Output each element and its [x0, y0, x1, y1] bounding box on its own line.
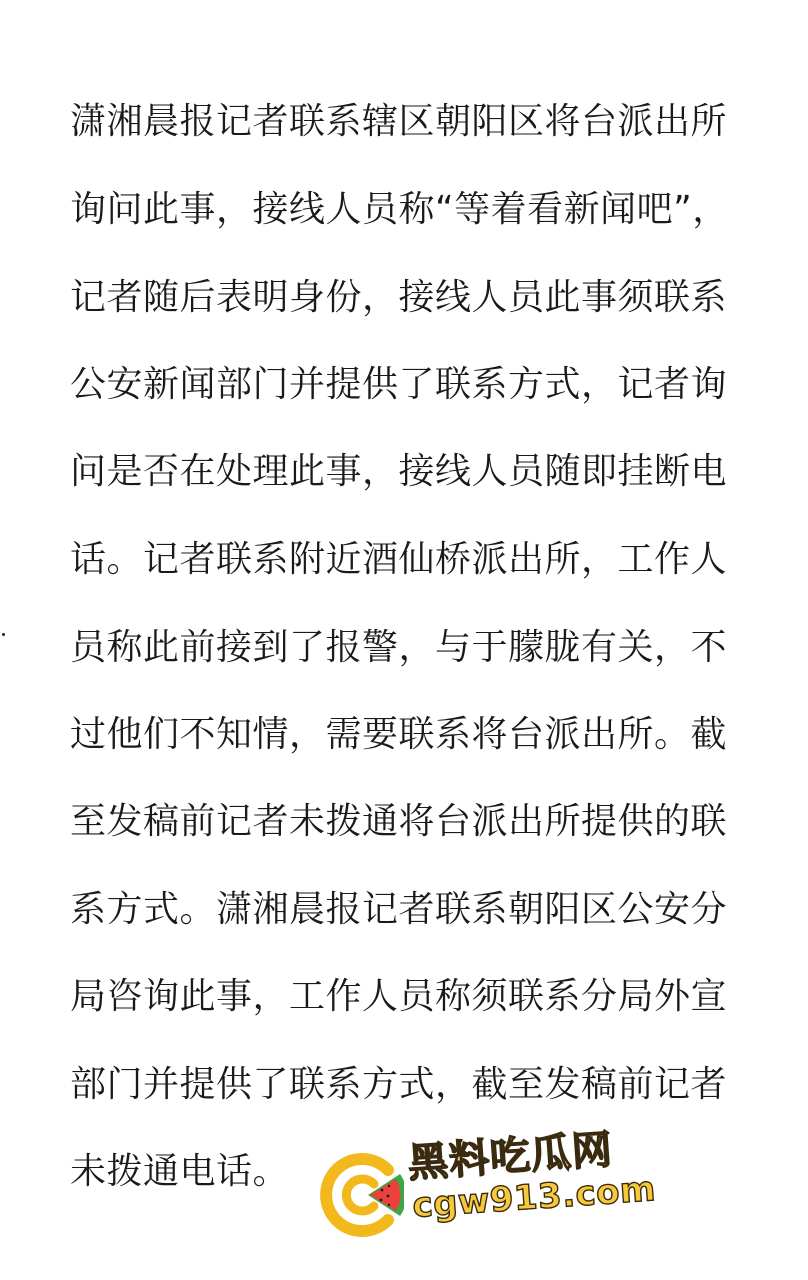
article-line: 过他们不知情，需要联系将台派出所。截	[70, 691, 727, 779]
article-line: 潇湘晨报记者联系辖区朝阳区将台派出所	[70, 78, 727, 166]
article-line: 话。记者联系附近酒仙桥派出所，工作人	[70, 516, 727, 604]
article-line: 至发稿前记者未拨通将台派出所提供的联	[70, 778, 727, 866]
article-line: 问是否在处理此事，接线人员随即挂断电	[70, 428, 727, 516]
article-line: 部门并提供了联系方式，截至发稿前记者	[70, 1041, 727, 1129]
stray-dot	[2, 633, 5, 636]
article-line: 系方式。潇湘晨报记者联系朝阳区公安分	[70, 866, 727, 954]
article-line: 记者随后表明身份，接线人员此事须联系	[70, 254, 727, 342]
watermelon-c-logo-icon	[318, 1152, 404, 1238]
article-line: 公安新闻部门并提供了联系方式，记者询	[70, 341, 727, 429]
article-line: 未拨通电话。	[70, 1128, 289, 1216]
site-watermark: 黑料吃瓜网 cgw913.com	[318, 1140, 628, 1240]
article-line: 局咨询此事，工作人员称须联系分局外宣	[70, 953, 727, 1041]
article-line: 询问此事，接线人员称“等着看新闻吧”，	[70, 166, 729, 254]
article-line: 员称此前接到了报警，与于朦胧有关，不	[70, 604, 727, 692]
